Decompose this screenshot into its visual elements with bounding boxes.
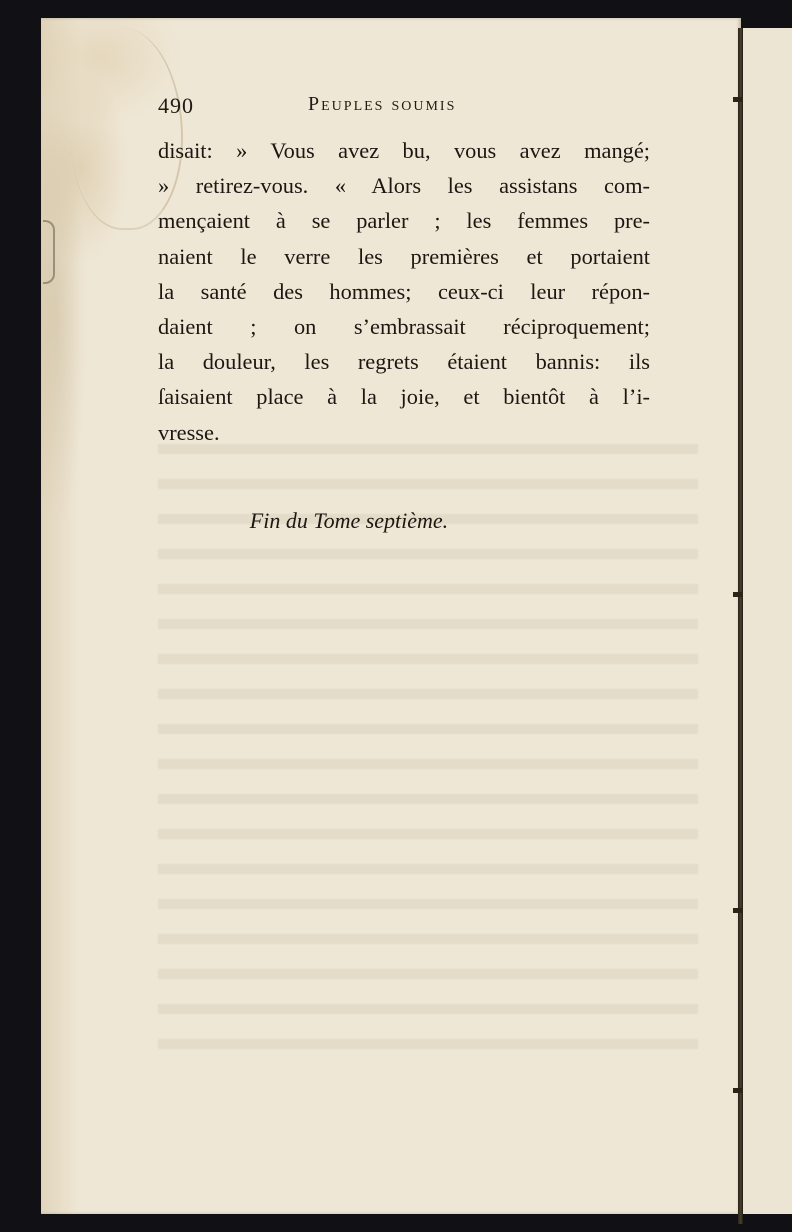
running-title: Peuples soumis	[308, 93, 456, 116]
binding-ring-mark	[43, 220, 55, 284]
text-line: » retirez-vous. « Alors les assistans co…	[158, 168, 650, 203]
body-paragraph: disait: » Vous avez bu, vous avez mangé;…	[158, 133, 650, 450]
text-line: la santé des hommes; ceux-ci leur répon-	[158, 274, 650, 309]
spine-stitch	[733, 592, 743, 597]
text-line: naient le verre les premières et portaie…	[158, 239, 650, 274]
text-line: mençaient à se parler ; les femmes pre-	[158, 203, 650, 238]
text-line: disait: » Vous avez bu, vous avez mangé;	[158, 133, 650, 168]
adjacent-page-edge	[743, 28, 792, 1214]
text-line: la douleur, les regrets étaient bannis: …	[158, 344, 650, 379]
closing-line: Fin du Tome septième.	[250, 508, 448, 534]
volume-end-note: Fin du Tome septième.	[0, 508, 792, 534]
text-line: ſaisaient place à la joie, et bientôt à …	[158, 379, 650, 414]
spine-stitch	[733, 97, 743, 102]
spine-stitch	[733, 908, 743, 913]
book-spine	[738, 28, 743, 1224]
running-head: 490 Peuples soumis	[158, 93, 658, 123]
text-line: daient ; on s’embrassait réciproquement;	[158, 309, 650, 344]
scan-background: 490 Peuples soumis disait: » Vous avez b…	[0, 0, 792, 1232]
text-line: vresse.	[158, 415, 650, 450]
page-number: 490	[158, 93, 194, 119]
spine-stitch	[733, 1088, 743, 1093]
